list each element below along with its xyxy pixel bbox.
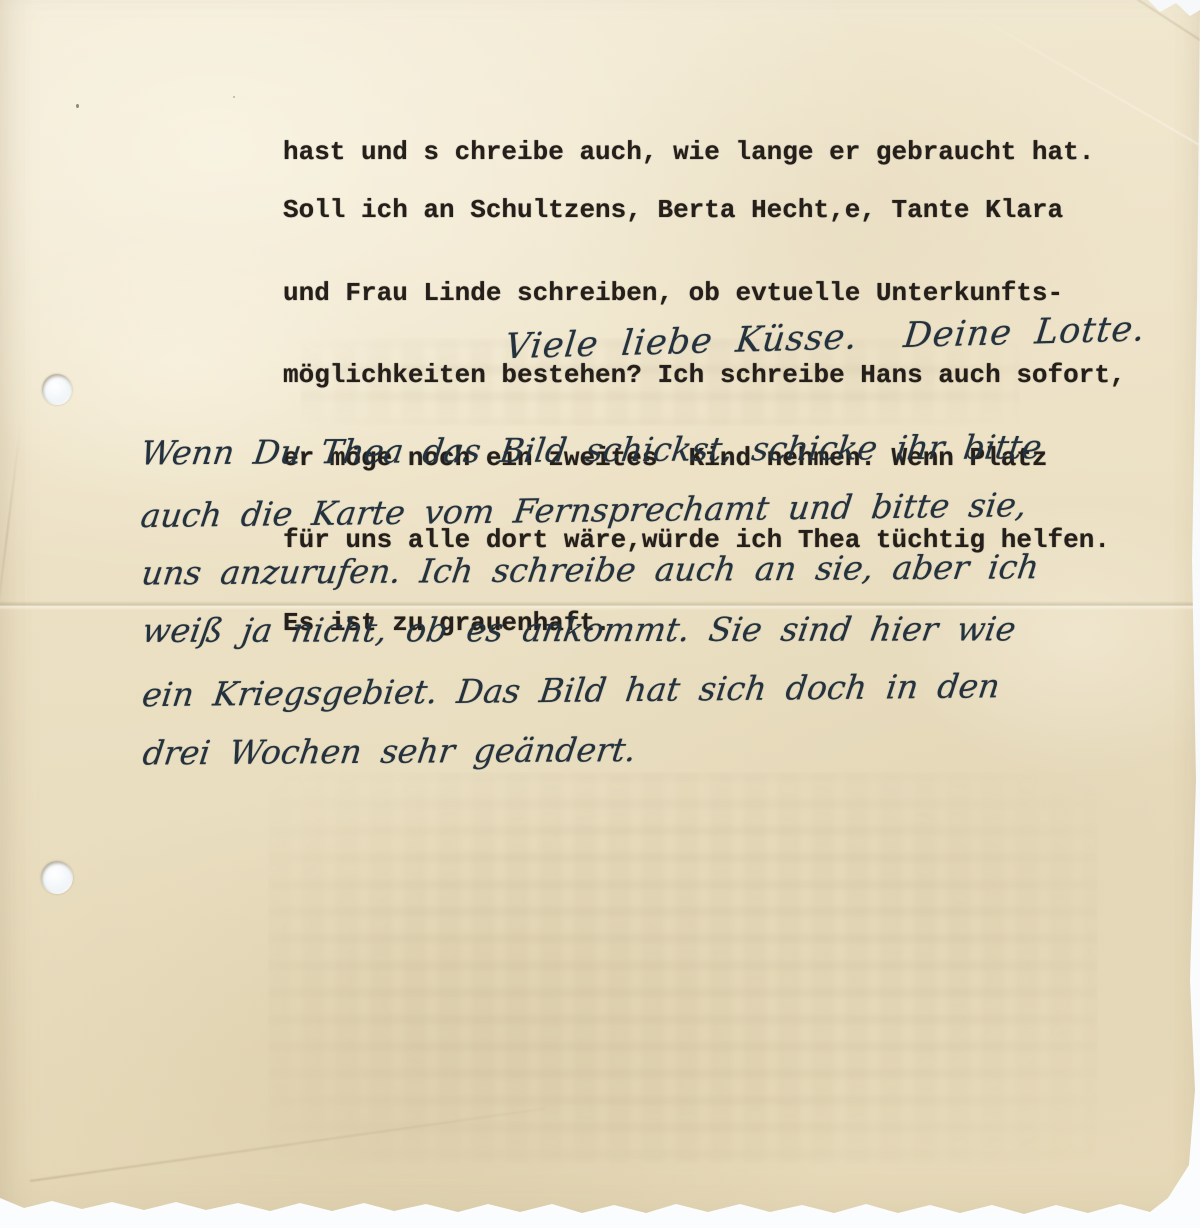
ink-speck: [233, 96, 235, 98]
typed-line: möglichkeiten bestehen? Ich schreibe Han…: [283, 362, 1126, 390]
letter-page: hast und s chreibe auch, wie lange er ge…: [0, 0, 1200, 1228]
scan-background: hast und s chreibe auch, wie lange er ge…: [0, 0, 1200, 1228]
punch-hole-top: [42, 374, 72, 405]
corner-crease: [859, 0, 1200, 54]
bottom-crease: [30, 1108, 545, 1182]
ink-speck: [76, 104, 79, 108]
typed-line: Soll ich an Schultzens, Berta Hecht,e, T…: [283, 197, 1126, 225]
handwritten-line: auch die Karte vom Fernsprechamt und bit…: [137, 474, 1145, 546]
handwritten-postscript: Wenn Du Thea das Bild schickst, schicke …: [141, 417, 1143, 784]
punch-hole-bottom: [41, 861, 73, 894]
handwritten-line: Wenn Du Thea das Bild schickst, schicke …: [137, 416, 1145, 483]
handwritten-line: drei Wochen sehr geändert.: [139, 716, 1147, 783]
ink-bleed-through-texture: [268, 772, 1098, 1164]
typed-line: und Frau Linde schreiben, ob evtuelle Un…: [283, 280, 1126, 308]
left-margin-crease: [0, 421, 22, 650]
handwritten-line: weiß ja nicht, ob es ankommt. Sie sind h…: [138, 599, 1147, 661]
handwritten-line: ein Kriegsgebiet. Das Bild hat sich doch…: [139, 655, 1147, 726]
handwritten-line: uns anzurufen. Ich schreibe auch an sie,…: [138, 536, 1146, 603]
